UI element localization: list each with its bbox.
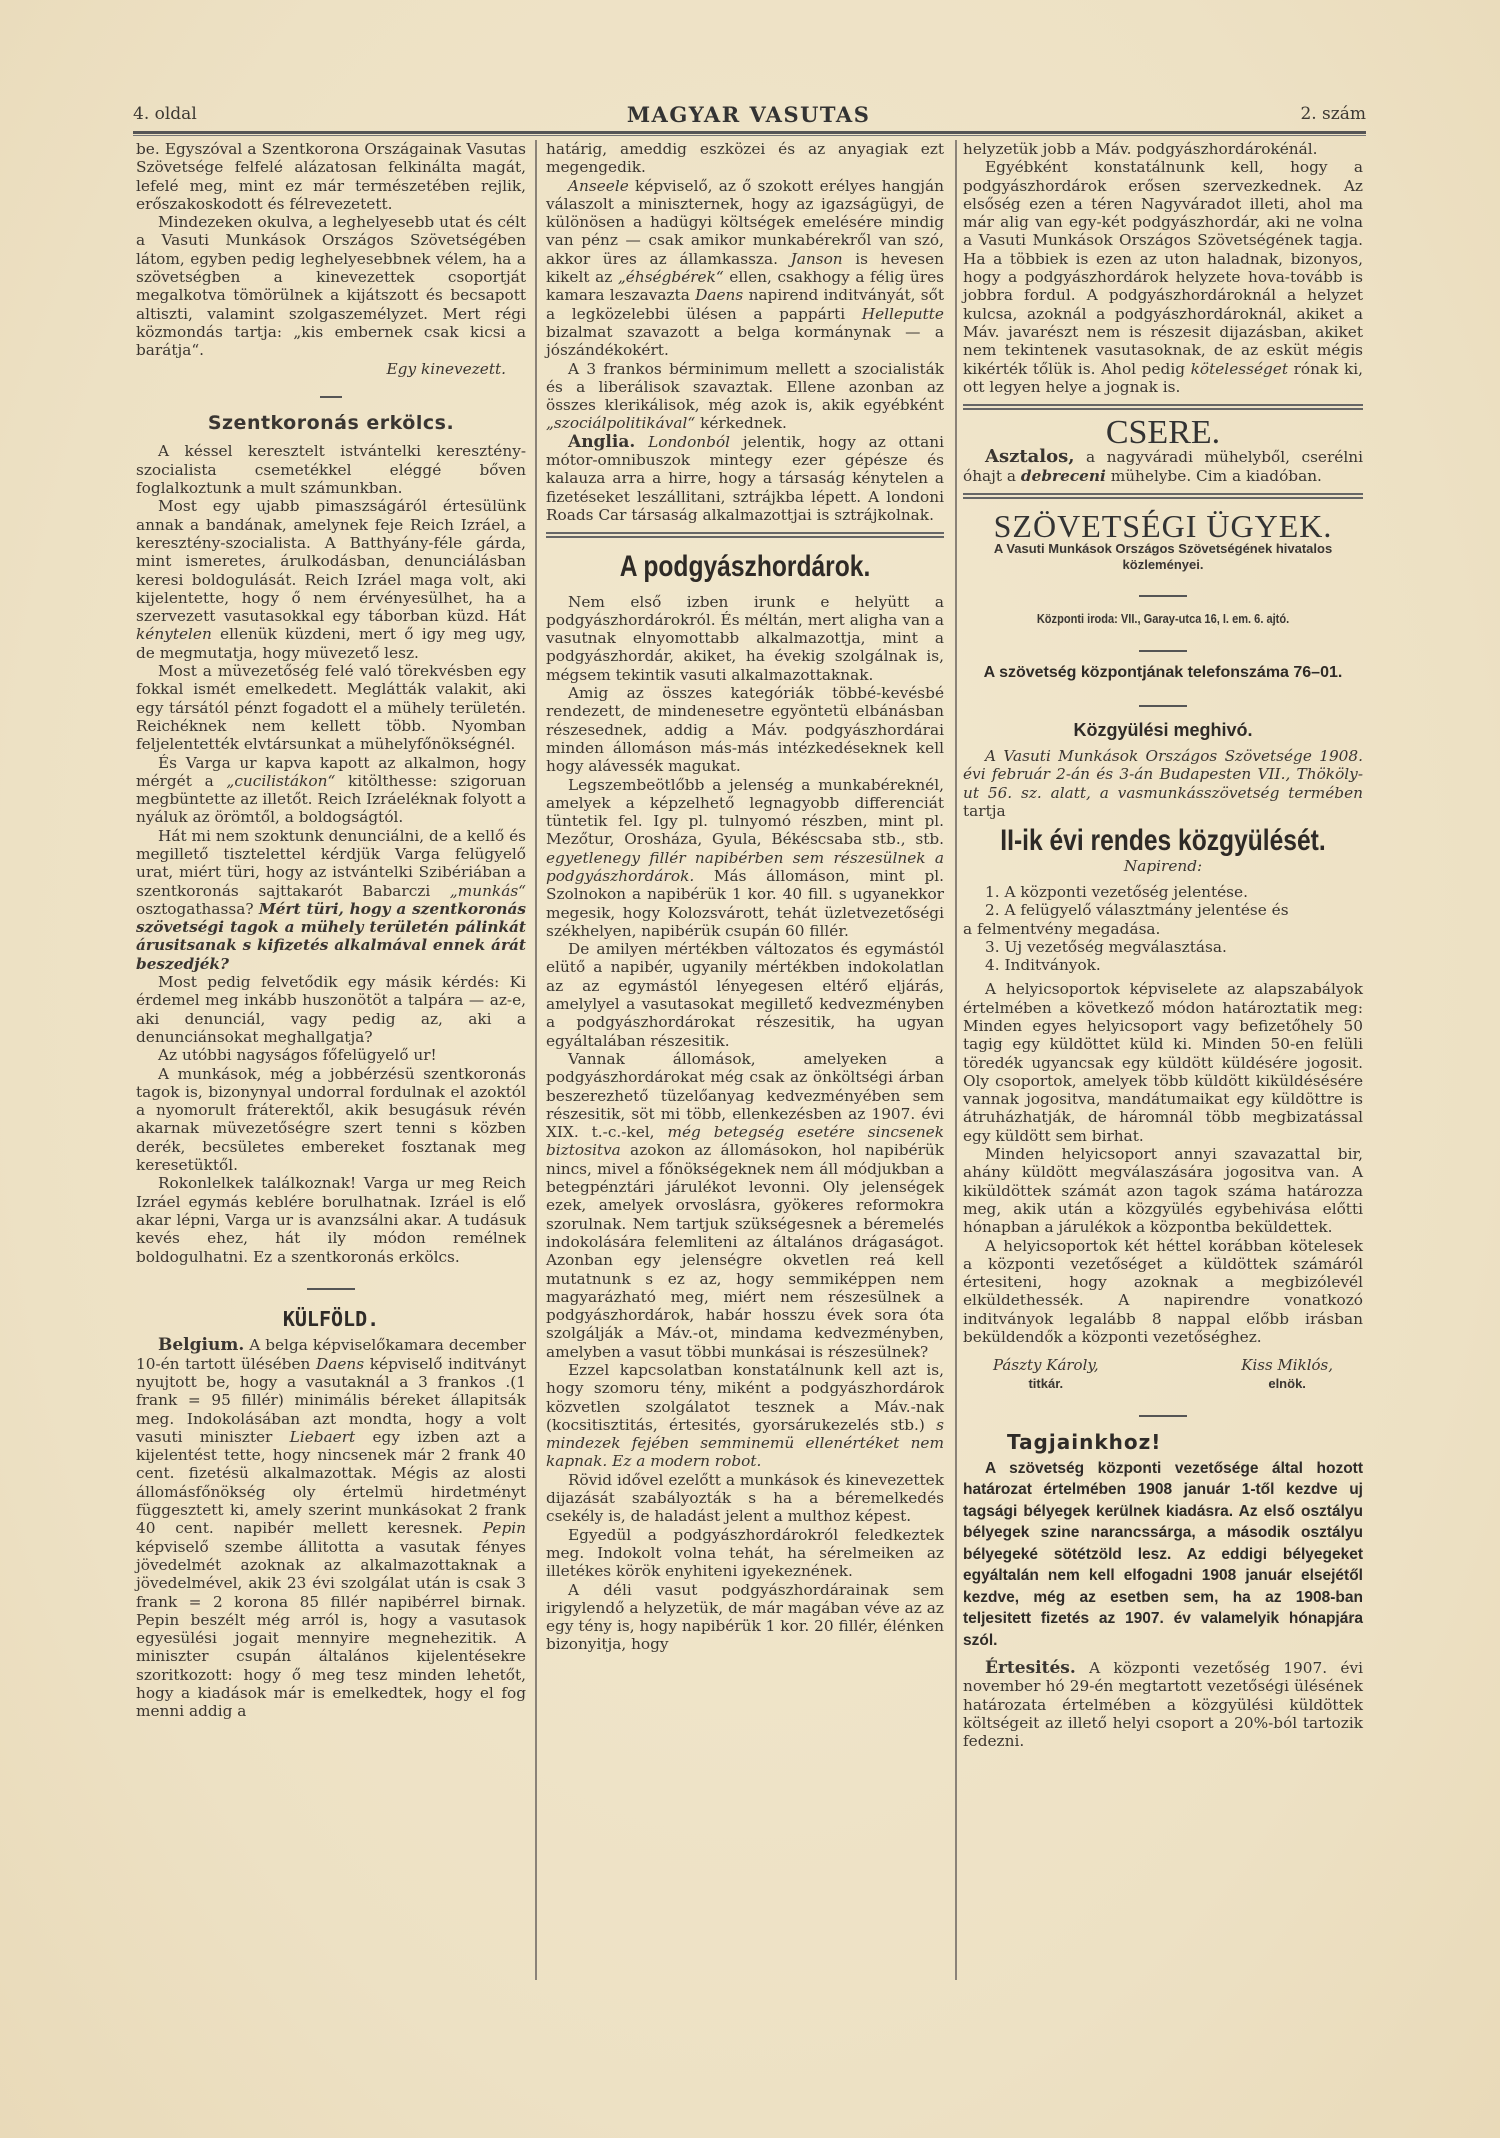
- paragraph: Rövid idővel ezelőtt a munkások és kinev…: [546, 1471, 944, 1526]
- section-title-porters: A podgyászhordárok.: [582, 558, 908, 576]
- union-subtitle: A Vasuti Munkások Országos Szövetségének…: [963, 541, 1363, 573]
- masthead-rule: [133, 131, 1366, 136]
- column-divider: [535, 140, 537, 1980]
- section-title-szentkoronas: Szentkoronás erkölcs.: [136, 414, 526, 432]
- paragraph-belgium: Belgium. A belga képviselőkamara decembe…: [136, 1336, 526, 1720]
- paragraph: Az utóbbi nagyságos főfelügyelő ur!: [136, 1046, 526, 1064]
- signer-president: Kiss Miklós, elnök.: [1241, 1356, 1333, 1393]
- meeting-intro: A Vasuti Munkások Országos Szövetsége 19…: [963, 747, 1363, 820]
- paragraph: Anseele képviselő, az ő szokott erélyes …: [546, 177, 944, 360]
- separator: [963, 638, 1363, 656]
- page-number: 4. oldal: [133, 104, 197, 124]
- agenda-item: 3. Uj vezetőség megválasztása.: [963, 938, 1363, 956]
- section-title-exchange: CSERE.: [963, 424, 1363, 442]
- paragraph: Rokonlelkek találkoznak! Varga ur meg Re…: [136, 1174, 526, 1265]
- paragraph: Legszembeötlőbb a jelenség a munkabérekn…: [546, 776, 944, 941]
- issue-number: 2. szám: [1300, 104, 1366, 124]
- paragraph: A déli vasut podgyászhordárainak sem iri…: [546, 1581, 944, 1654]
- newspaper-page: 4. oldal MAGYAR VASUTAS 2. szám be. Egys…: [0, 0, 1500, 2138]
- phone-number: A szövetség központjának telefonszáma 76…: [963, 664, 1363, 682]
- paragraph: A 3 frankos bérminimum mellett a szocial…: [546, 360, 944, 433]
- agenda-item: 2. A felügyelő választmány jelentése és: [963, 901, 1363, 919]
- section-rule: [963, 493, 1363, 499]
- paragraph: Most pedig felvetődik egy másik kérdés: …: [136, 973, 526, 1046]
- paragraph: Mindezeken okulva, a leghelyesebb utat é…: [136, 213, 526, 359]
- paragraph: Hát mi nem szoktunk denunciálni, de a ke…: [136, 827, 526, 973]
- section-title-union: SZÖVETSÉGI ÜGYEK.: [963, 517, 1363, 535]
- section-rule: [546, 532, 944, 538]
- members-notice: A szövetség központi vezetősége által ho…: [963, 1458, 1363, 1652]
- paragraph: Vannak állomások, amelyeken a podgyászho…: [546, 1050, 944, 1361]
- paragraph: Most a müvezetőség felé való törekvésben…: [136, 662, 526, 753]
- section-title-foreign: KÜLFÖLD.: [136, 1310, 526, 1328]
- paragraph: Amig az összes kategóriák többé-kevésbé …: [546, 684, 944, 775]
- paragraph: A helyicsoportok képviselete az alapszab…: [963, 980, 1363, 1145]
- paragraph: Most egy ujabb pimaszságáról értesülünk …: [136, 497, 526, 662]
- paragraph: És Varga ur kapva kapott az alkalmon, ho…: [136, 754, 526, 827]
- annual-meeting-heading: II-ik évi rendes közgyülését.: [999, 832, 1327, 850]
- signer-secretary: Pászty Károly, titkár.: [993, 1356, 1099, 1393]
- column-2: határig, ameddig eszközei és az anyagiak…: [546, 140, 944, 1654]
- office-address: Központi iroda: VII., Garay-utca 16, I. …: [993, 610, 1333, 628]
- paragraph: Egyedül a podgyászhordárokról feledkezte…: [546, 1526, 944, 1581]
- separator: [963, 583, 1363, 601]
- column-3: helyzetük jobb a Máv. podgyászhordárokén…: [963, 140, 1363, 1751]
- paragraph: Minden helyicsoport annyi szavazattal bi…: [963, 1145, 1363, 1236]
- separator: [963, 693, 1363, 711]
- paragraph: határig, ameddig eszközei és az anyagiak…: [546, 140, 944, 177]
- agenda-label: Napirend:: [963, 857, 1363, 875]
- paragraph: De amilyen mértékben változatos és egymá…: [546, 940, 944, 1050]
- separator: [136, 384, 526, 402]
- signatures: Pászty Károly, titkár. Kiss Miklós, elnö…: [993, 1356, 1333, 1393]
- paragraph-anglia: Anglia. Londonból jelentik, hogy az otta…: [546, 433, 944, 524]
- exchange-notice: Asztalos, a nagyváradi mühelyből, cserél…: [963, 448, 1363, 485]
- paragraph: A késsel keresztelt istvántelki kereszté…: [136, 442, 526, 497]
- members-notice-title: Tagjainkhoz!: [1007, 1433, 1363, 1451]
- agenda-item: 1. A központi vezetőség jelentése.: [963, 883, 1363, 901]
- meeting-invitation-title: Közgyülési meghivó.: [963, 721, 1363, 739]
- newspaper-title: MAGYAR VASUTAS: [627, 102, 871, 127]
- separator: [963, 1403, 1363, 1421]
- paragraph: helyzetük jobb a Máv. podgyászhordárokén…: [963, 140, 1363, 158]
- paragraph: Ezzel kapcsolatban konstatálnunk kell az…: [546, 1361, 944, 1471]
- column-1: be. Egyszóval a Szentkorona Országainak …: [136, 140, 526, 1721]
- article-signature: Egy kinevezett.: [136, 360, 526, 378]
- article-continuation: be. Egyszóval a Szentkorona Országainak …: [136, 140, 526, 213]
- notice-paragraph: Értesités. A központi vezetőség 1907. év…: [963, 1659, 1363, 1750]
- paragraph: A munkások, még a jobbérzésü szentkoroná…: [136, 1065, 526, 1175]
- separator: [136, 1276, 526, 1294]
- paragraph: Nem első izben irunk e helyütt a podgyás…: [546, 593, 944, 684]
- paragraph: Egyébként konstatálnunk kell, hogy a pod…: [963, 158, 1363, 396]
- agenda-item: a felmentvény megadása.: [963, 920, 1363, 938]
- column-divider: [955, 140, 957, 1980]
- section-rule: [963, 404, 1363, 410]
- agenda-item: 4. Inditványok.: [963, 956, 1363, 974]
- paragraph: A helyicsoportok két héttel korábban köt…: [963, 1237, 1363, 1347]
- masthead: 4. oldal MAGYAR VASUTAS 2. szám: [133, 100, 1366, 128]
